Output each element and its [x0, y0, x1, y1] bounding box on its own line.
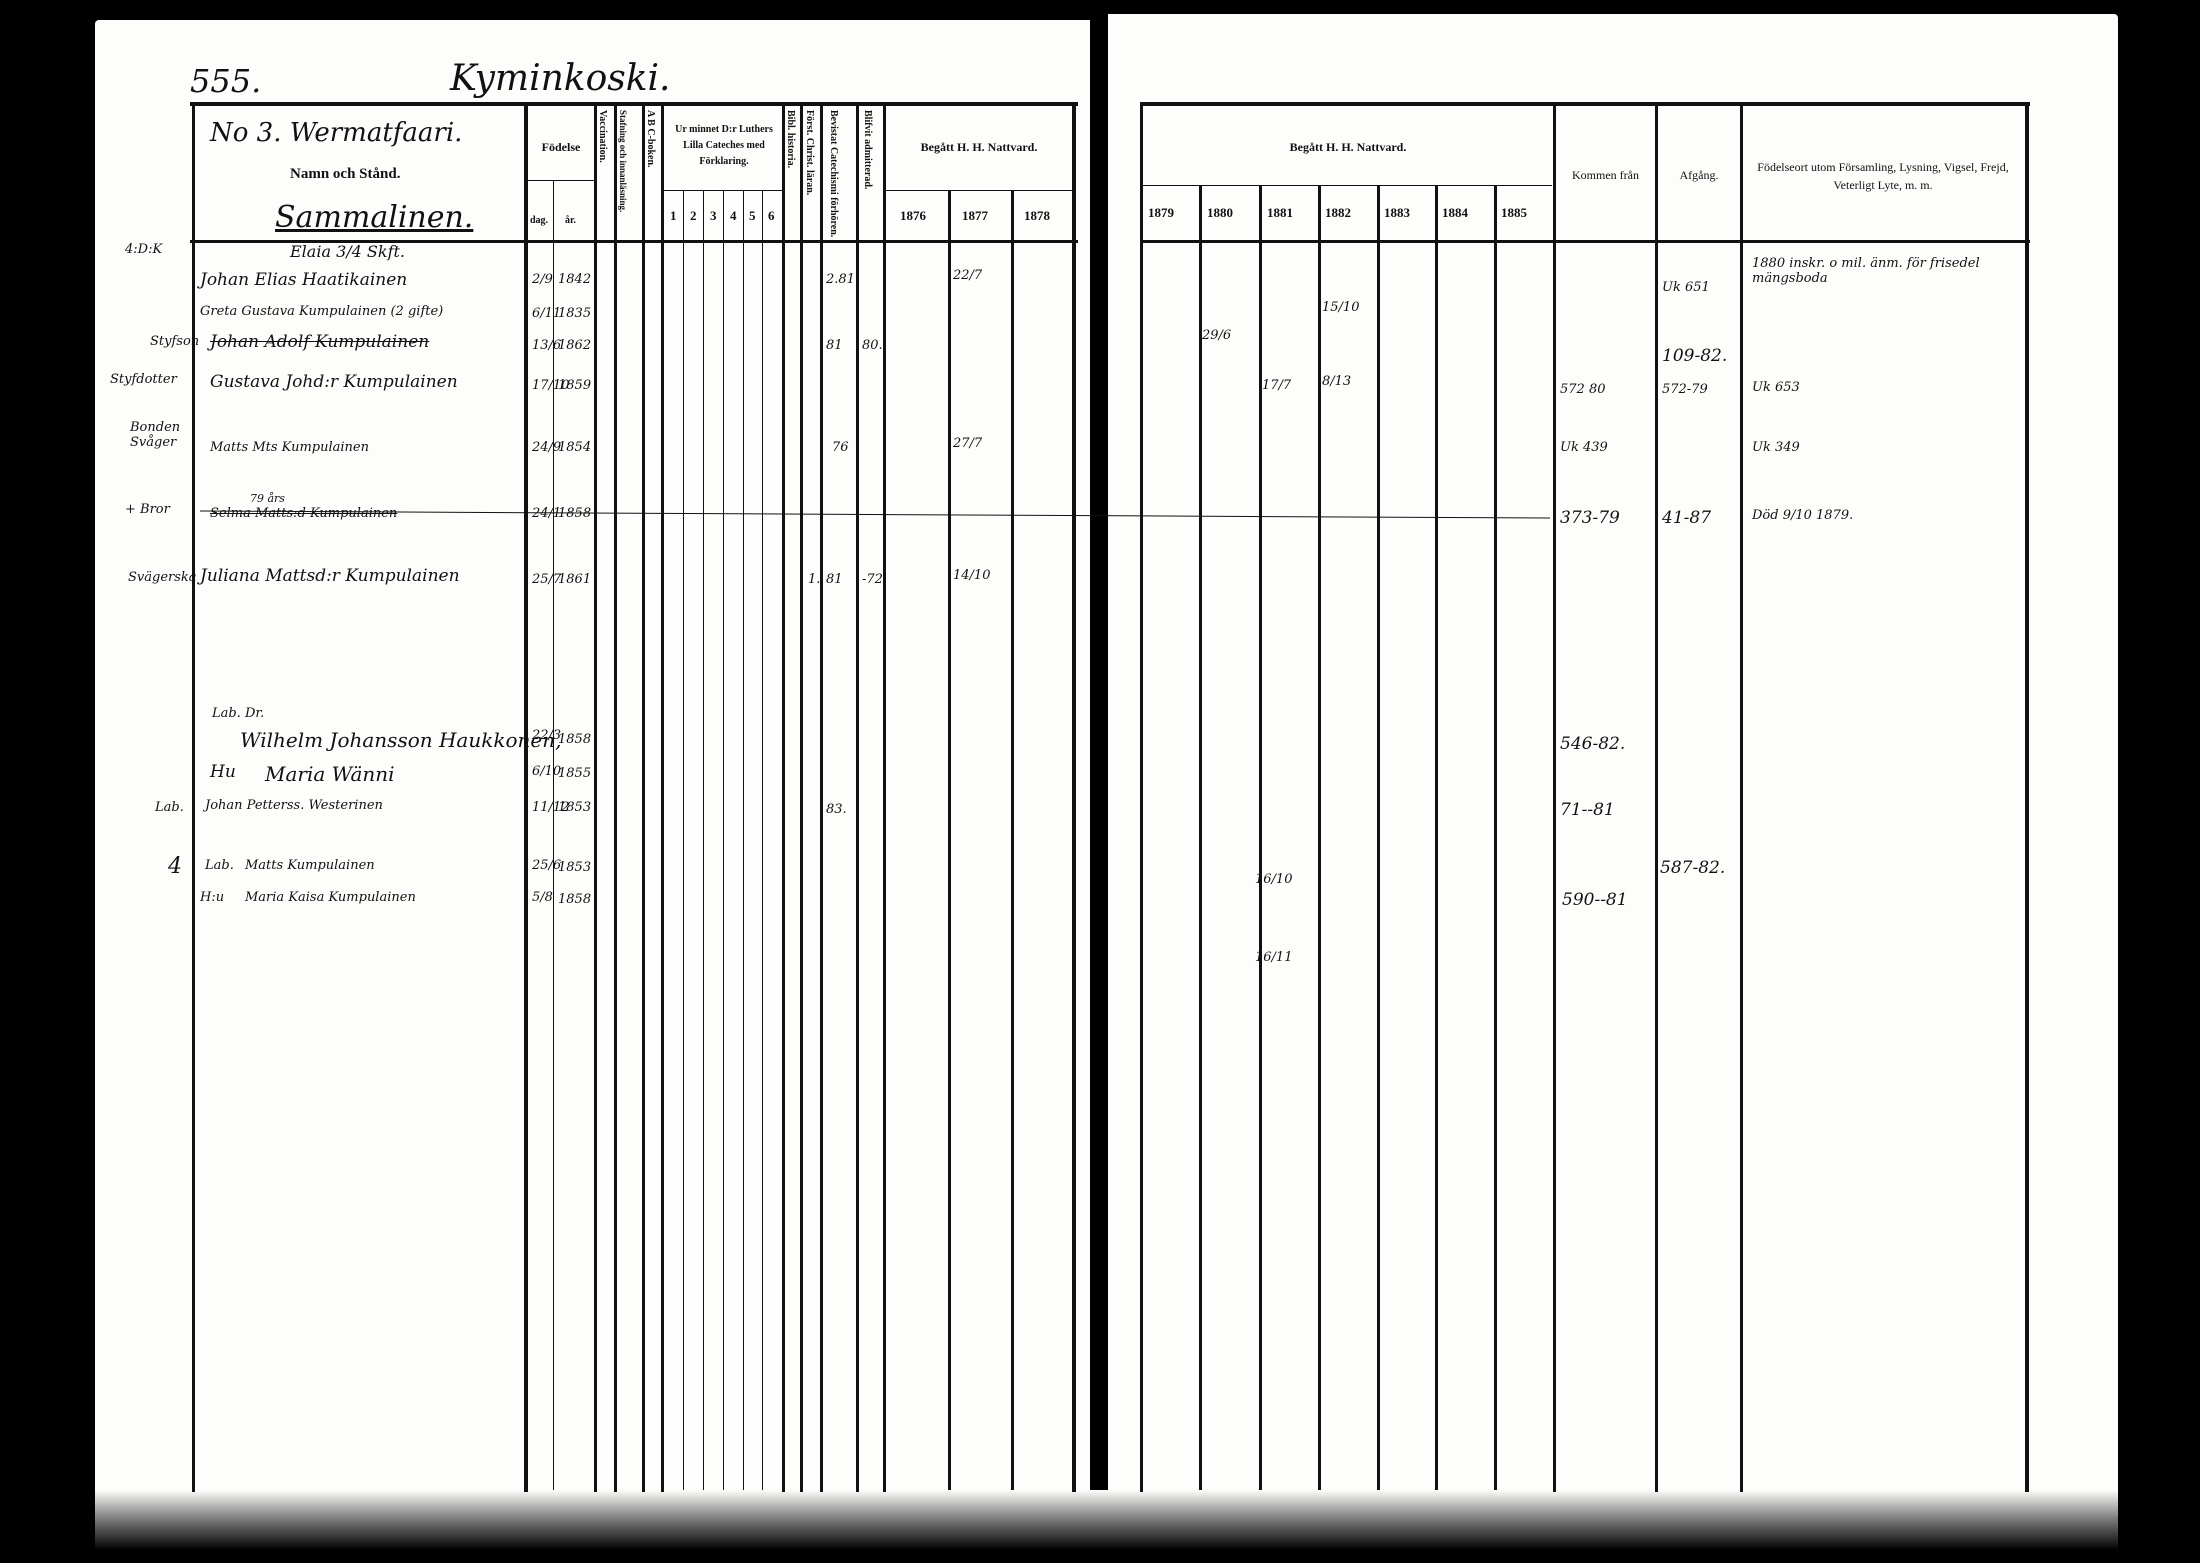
year-1882: 1882 [1325, 205, 1351, 221]
christian-doctrine-header: Först. Christ. läran. [804, 110, 815, 230]
came-from: 546-82. [1560, 734, 1625, 754]
person-name: Maria Kaisa Kumpulainen [245, 890, 416, 905]
remark: Uk 653 [1752, 380, 1800, 395]
person-name: Matts Mts Kumpulainen [210, 440, 369, 455]
birth-day: 5/8 [532, 890, 553, 905]
birth-day: 24/1 [532, 506, 561, 521]
communion-1881: 17/7 [1262, 378, 1291, 393]
person-name: Juliana Mattsd:r Kumpulainen [200, 566, 460, 586]
person-name: Maria Wänni [265, 762, 395, 786]
year-1883: 1883 [1384, 205, 1410, 221]
year-border [1435, 185, 1438, 1490]
margin-note: Styfdotter [110, 372, 177, 387]
cat-sub-line [664, 190, 784, 191]
departure: 572-79 [1662, 382, 1708, 397]
year-1881: 1881 [1267, 205, 1293, 221]
birth-day-divider [553, 180, 554, 1490]
admitted: 83. [826, 802, 847, 817]
cat-divider [743, 190, 744, 1490]
col-border [614, 102, 617, 1492]
page-number: 555. [190, 62, 261, 100]
birth-day-header: dag. [530, 215, 548, 226]
col-border [1655, 102, 1658, 1492]
family-name: Sammalinen. [275, 200, 473, 235]
communion-1881: 16/10 [1255, 872, 1292, 887]
col-border [642, 102, 645, 1492]
communion-header-right: Begått H. H. Nattvard. [1143, 140, 1553, 155]
communion-1877: 14/10 [953, 568, 990, 583]
came-from: 71--81 [1560, 800, 1615, 820]
household-note: Elaia 3/4 Skft. [290, 242, 405, 261]
birth-year: 1858 [558, 506, 591, 521]
doctrine: 1. [808, 572, 820, 587]
cat-divider [723, 190, 724, 1490]
cat-part-3: 3 [710, 208, 717, 224]
remarks-header: Födelseort utom Församling, Lysning, Vig… [1748, 158, 2018, 194]
hearing: 2.81. [826, 272, 859, 287]
remark: 1880 inskr. o mil. änm. för frisedel män… [1752, 256, 2022, 286]
hearing: 76 [832, 440, 849, 455]
cat-divider [762, 190, 763, 1490]
departure-header: Afgång. [1658, 168, 1740, 183]
year-border [1318, 185, 1321, 1490]
col-border [856, 102, 859, 1492]
birth-day: 25/7 [532, 572, 561, 587]
remark: Uk 349 [1752, 440, 1800, 455]
margin-note: Lab. [155, 800, 184, 815]
cat-divider [703, 190, 704, 1490]
birth-year: 1858 [558, 732, 591, 747]
person-name: Gustava Johd:r Kumpulainen [210, 372, 458, 392]
bible-history-header: Bibl. historia. [785, 110, 796, 230]
birth-year: 1858 [558, 892, 591, 907]
birth-day: 6/11 [532, 306, 561, 321]
reading-header: Stafning och innanläsning. [618, 110, 628, 230]
year-border [1494, 185, 1497, 1490]
abc-book-header: A B C-boken. [645, 110, 656, 230]
cat-part-4: 4 [730, 208, 737, 224]
came-from: 590--81 [1562, 890, 1628, 910]
cat-part-6: 6 [768, 208, 775, 224]
departure: 41-87 [1662, 508, 1711, 528]
left-page [95, 20, 1090, 1520]
catechism-header: Ur minnet D:r Luthers Lilla Cateches med… [664, 122, 784, 170]
birth-day: 2/9 [532, 272, 553, 287]
cat-part-5: 5 [749, 208, 756, 224]
farm-title: No 3. Wermatfaari. [210, 118, 462, 148]
year-1876: 1876 [900, 208, 926, 224]
came-from-header: Kommen från [1556, 168, 1655, 183]
book-spine [1090, 0, 1108, 1563]
margin-note: 4:D:K [125, 242, 162, 257]
birth-day: 24/9 [532, 440, 561, 455]
page-bottom-shadow [95, 1490, 2118, 1550]
role: Lab. Dr. [212, 706, 264, 721]
birth-year: 1853 [558, 800, 591, 815]
comm-sub-line [886, 190, 1074, 191]
birth-year: 1842 [558, 272, 591, 287]
person-name: Matts Kumpulainen [245, 858, 375, 873]
margin-note: Styfson [150, 334, 199, 349]
birth-year: 1855 [558, 766, 591, 781]
margin-note: Svägerska [128, 570, 197, 585]
year-1877: 1877 [962, 208, 988, 224]
remark: Död 9/10 1879. [1752, 508, 1853, 523]
cat-divider [683, 190, 684, 1490]
col-border [1740, 102, 1743, 1492]
name-col-header: Namn och Stånd. [290, 166, 400, 183]
age-note: 79 års [250, 492, 285, 505]
col-border [800, 102, 803, 1492]
birth-year: 1859 [558, 378, 591, 393]
year-1878: 1878 [1024, 208, 1050, 224]
communion-1882: 15/10 [1322, 300, 1359, 315]
birth-header: Födelse [528, 140, 594, 155]
role: H:u [200, 890, 224, 905]
year-border [1011, 190, 1014, 1490]
vaccination-header: Vaccination. [597, 110, 608, 230]
right-edge-border [1072, 102, 1076, 1492]
birth-sub-line [528, 180, 596, 181]
margin-note: 4 [168, 854, 182, 879]
birth-day: 25/6 [532, 858, 561, 873]
col-border [883, 102, 886, 1492]
col-border [820, 102, 823, 1492]
birth-year: 1862 [558, 338, 591, 353]
birth-day: 22/3 [532, 728, 561, 743]
departure: Uk 651 [1662, 280, 1710, 295]
came-from: 373-79 [1560, 508, 1620, 528]
birth-year: 1853 [558, 860, 591, 875]
cat-part-1: 1 [670, 208, 677, 224]
margin-note: + Bror [125, 502, 170, 517]
departure: 109-82. [1662, 346, 1727, 366]
hearing: 81 [826, 338, 843, 353]
year-1880: 1880 [1207, 205, 1233, 221]
parish-name: Kyminkoski. [450, 58, 671, 99]
birth-year: 1835 [558, 306, 591, 321]
birth-year-header: år. [565, 215, 576, 226]
left-border [192, 102, 195, 1492]
table-top-border [190, 102, 1078, 106]
communion-1881: 16/11 [1255, 950, 1292, 965]
year-1879: 1879 [1148, 205, 1174, 221]
birth-year: 1861 [558, 572, 591, 587]
person-name: Johan Elias Haatikainen [200, 270, 407, 290]
col-border [594, 102, 597, 1492]
year-border [1377, 185, 1380, 1490]
margin-note: Bonden Svåger [130, 420, 200, 450]
year-1884: 1884 [1442, 205, 1468, 221]
departure: 587-82. [1660, 858, 1725, 878]
person-name: Selma Matts:d Kumpulainen [210, 506, 397, 521]
person-name: Johan Petterss. Westerinen [205, 798, 383, 813]
table-top-border-right [1140, 102, 2030, 106]
col-border [1553, 102, 1556, 1492]
year-border [1199, 185, 1202, 1490]
communion-header-left: Begått H. H. Nattvard. [886, 140, 1072, 155]
person-name: Greta Gustava Kumpulainen (2 gifte) [200, 304, 443, 319]
role: Hu [210, 762, 236, 782]
name-col-border [524, 102, 528, 1492]
came-from: Uk 439 [1560, 440, 1608, 455]
person-name: Wilhelm Johansson Haukkonen, [240, 728, 561, 752]
role: Lab. [205, 858, 234, 873]
birth-day: 6/10 [532, 764, 561, 779]
year-border [948, 190, 951, 1490]
communion-1877: 27/7 [953, 436, 982, 451]
communion-1880: 29/6 [1202, 328, 1231, 343]
admitted: -72 [862, 572, 883, 587]
hearing: 81 [826, 572, 843, 587]
birth-year: 1854 [558, 440, 591, 455]
header-bottom-border-right [1140, 240, 2030, 243]
came-from: 572 80 [1560, 382, 1606, 397]
communion-1877: 22/7 [953, 268, 982, 283]
right-border [2025, 102, 2029, 1492]
cat-part-2: 2 [690, 208, 697, 224]
catechism-hearing-header: Bevistat Catechismi förhören. [828, 110, 839, 230]
col-border [661, 102, 664, 1492]
communion-1882: 8/13 [1322, 374, 1351, 389]
col-border [1140, 102, 1143, 1492]
admitted-header: Blifvit admitterad. [862, 110, 873, 230]
year-1885: 1885 [1501, 205, 1527, 221]
person-name: Johan Adolf Kumpulainen [210, 332, 429, 352]
admitted: 80. [862, 338, 883, 353]
birth-day: 13/6 [532, 338, 561, 353]
col-border [782, 102, 785, 1492]
